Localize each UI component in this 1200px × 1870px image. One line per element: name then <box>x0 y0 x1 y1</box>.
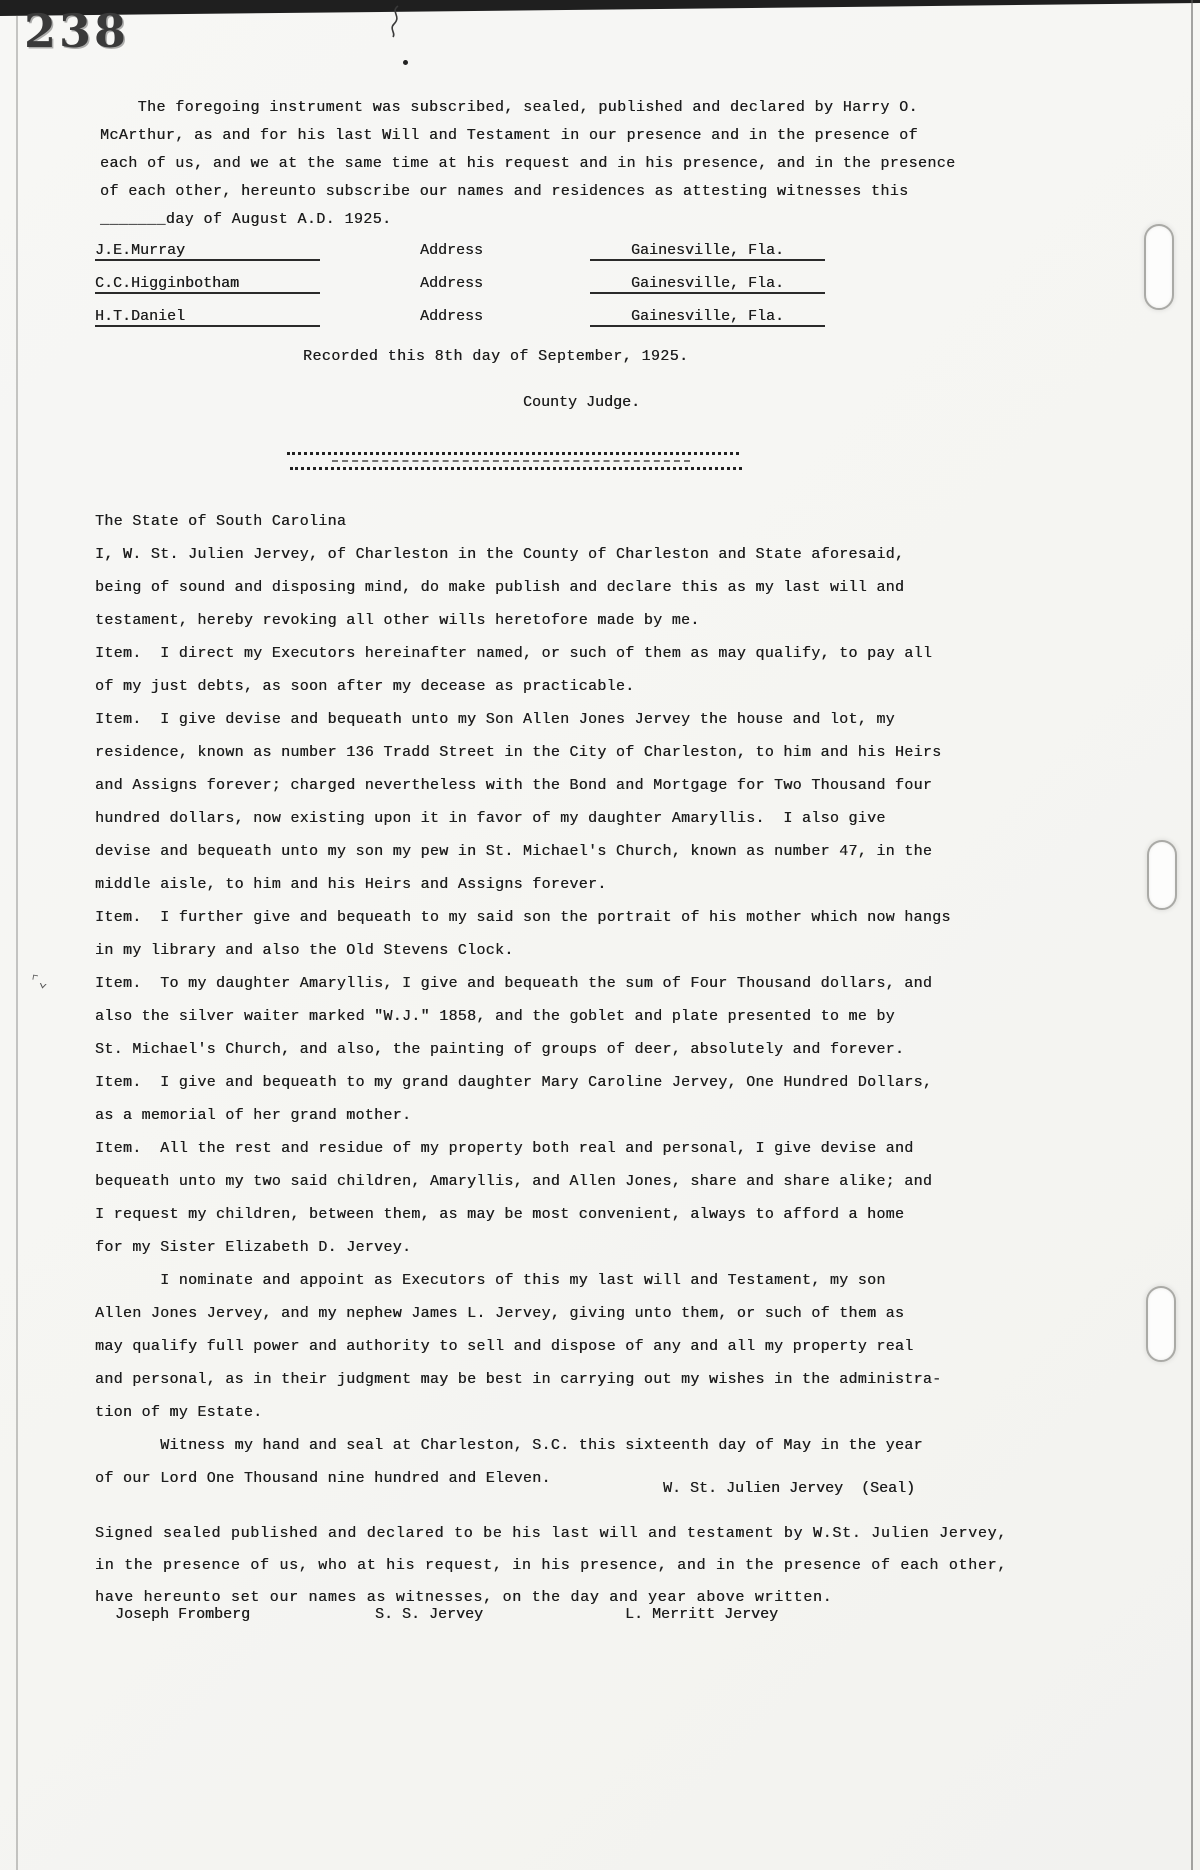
binder-hole <box>1144 224 1174 310</box>
will-text-line: Item. All the rest and residue of my pro… <box>95 1132 951 1165</box>
dotted-separator <box>287 452 739 455</box>
testator-signature-line: W. St. Julien Jervey(Seal) <box>663 1480 915 1497</box>
will-text-line: and personal, as in their judgment may b… <box>95 1363 951 1396</box>
witness-signatures-row: Joseph FrombergS. S. JerveyL. Merritt Je… <box>95 1606 995 1636</box>
attestation-line: McArthur, as and for his last Will and T… <box>100 122 956 150</box>
witness-signature: L. Merritt Jervey <box>625 1606 778 1623</box>
witness-name: C.C.Higginbotham <box>95 275 320 294</box>
binder-hole <box>1147 840 1177 910</box>
scan-artifact <box>403 60 408 65</box>
attestation-paragraph: The foregoing instrument was subscribed,… <box>100 94 956 234</box>
witness-row: H.T.Daniel Address Gainesville, Fla. <box>95 308 825 341</box>
binder-hole <box>1146 1286 1176 1362</box>
page-number: 238 <box>24 4 129 58</box>
will-text-line: Item. I further give and bequeath to my … <box>95 901 951 934</box>
attestation-line: The foregoing instrument was subscribed,… <box>100 94 956 122</box>
county-judge-line: County Judge. <box>523 394 640 411</box>
closing-attestation-paragraph: Signed sealed published and declared to … <box>95 1518 1007 1614</box>
will-text-line: I nominate and appoint as Executors of t… <box>95 1264 951 1297</box>
witness-row: C.C.Higginbotham Address Gainesville, Fl… <box>95 275 825 308</box>
scan-artifact <box>386 4 408 43</box>
will-text-line: testament, hereby revoking all other wil… <box>95 604 951 637</box>
attestation-line: _______day of August A.D. 1925. <box>100 206 956 234</box>
will-text-line: Item. I give devise and bequeath unto my… <box>95 703 951 736</box>
will-text-line: I request my children, between them, as … <box>95 1198 951 1231</box>
recorded-line: Recorded this 8th day of September, 1925… <box>303 348 688 365</box>
closing-line: in the presence of us, who at his reques… <box>95 1550 1007 1582</box>
will-text-line: devise and bequeath unto my son my pew i… <box>95 835 951 868</box>
witness-address-value: Gainesville, Fla. <box>590 242 825 261</box>
witness-signature: Joseph Fromberg <box>115 1606 250 1623</box>
testator-signature: W. St. Julien Jervey <box>663 1480 843 1497</box>
will-text-line: and Assigns forever; charged nevertheles… <box>95 769 951 802</box>
scan-right-edge <box>1191 0 1193 1870</box>
address-label: Address <box>420 242 580 259</box>
witness-name: H.T.Daniel <box>95 308 320 327</box>
will-body: The State of South CarolinaI, W. St. Jul… <box>95 505 951 1495</box>
will-text-line: Item. To my daughter Amaryllis, I give a… <box>95 967 951 1000</box>
will-text-line: hundred dollars, now existing upon it in… <box>95 802 951 835</box>
scan-top-edge <box>0 0 1200 18</box>
witness-row: J.E.Murray Address Gainesville, Fla. <box>95 242 825 275</box>
will-text-line: bequeath unto my two said children, Amar… <box>95 1165 951 1198</box>
witness-signature: S. S. Jervey <box>375 1606 483 1623</box>
dashed-separator <box>332 460 690 462</box>
will-text-line: may qualify full power and authority to … <box>95 1330 951 1363</box>
will-text-line: tion of my Estate. <box>95 1396 951 1429</box>
will-text-line: being of sound and disposing mind, do ma… <box>95 571 951 604</box>
will-text-line: Item. I direct my Executors hereinafter … <box>95 637 951 670</box>
address-label: Address <box>420 308 580 325</box>
seal-label: (Seal) <box>861 1480 915 1497</box>
will-text-line: as a memorial of her grand mother. <box>95 1099 951 1132</box>
will-text-line: middle aisle, to him and his Heirs and A… <box>95 868 951 901</box>
will-text-line: Witness my hand and seal at Charleston, … <box>95 1429 951 1462</box>
dotted-separator <box>290 467 742 470</box>
scan-artifact: ⌜⌄ <box>28 971 49 993</box>
will-text-line: I, W. St. Julien Jervey, of Charleston i… <box>95 538 951 571</box>
witness-address-table: J.E.Murray Address Gainesville, Fla. C.C… <box>95 242 825 341</box>
will-text-line: St. Michael's Church, and also, the pain… <box>95 1033 951 1066</box>
will-text-line: Allen Jones Jervey, and my nephew James … <box>95 1297 951 1330</box>
scan-left-edge <box>16 16 18 1870</box>
attestation-line: each of us, and we at the same time at h… <box>100 150 956 178</box>
witness-address-value: Gainesville, Fla. <box>590 308 825 327</box>
scanned-will-page: 238 ⌜⌄ The foregoing instrument was subs… <box>0 0 1200 1870</box>
will-text-line: also the silver waiter marked "W.J." 185… <box>95 1000 951 1033</box>
will-text-line: residence, known as number 136 Tradd Str… <box>95 736 951 769</box>
witness-address-value: Gainesville, Fla. <box>590 275 825 294</box>
will-text-line: Item. I give and bequeath to my grand da… <box>95 1066 951 1099</box>
closing-line: Signed sealed published and declared to … <box>95 1518 1007 1550</box>
will-text-line: for my Sister Elizabeth D. Jervey. <box>95 1231 951 1264</box>
witness-name: J.E.Murray <box>95 242 320 261</box>
will-text-line: The State of South Carolina <box>95 505 951 538</box>
attestation-line: of each other, hereunto subscribe our na… <box>100 178 956 206</box>
will-text-line: in my library and also the Old Stevens C… <box>95 934 951 967</box>
will-text-line: of my just debts, as soon after my decea… <box>95 670 951 703</box>
address-label: Address <box>420 275 580 292</box>
